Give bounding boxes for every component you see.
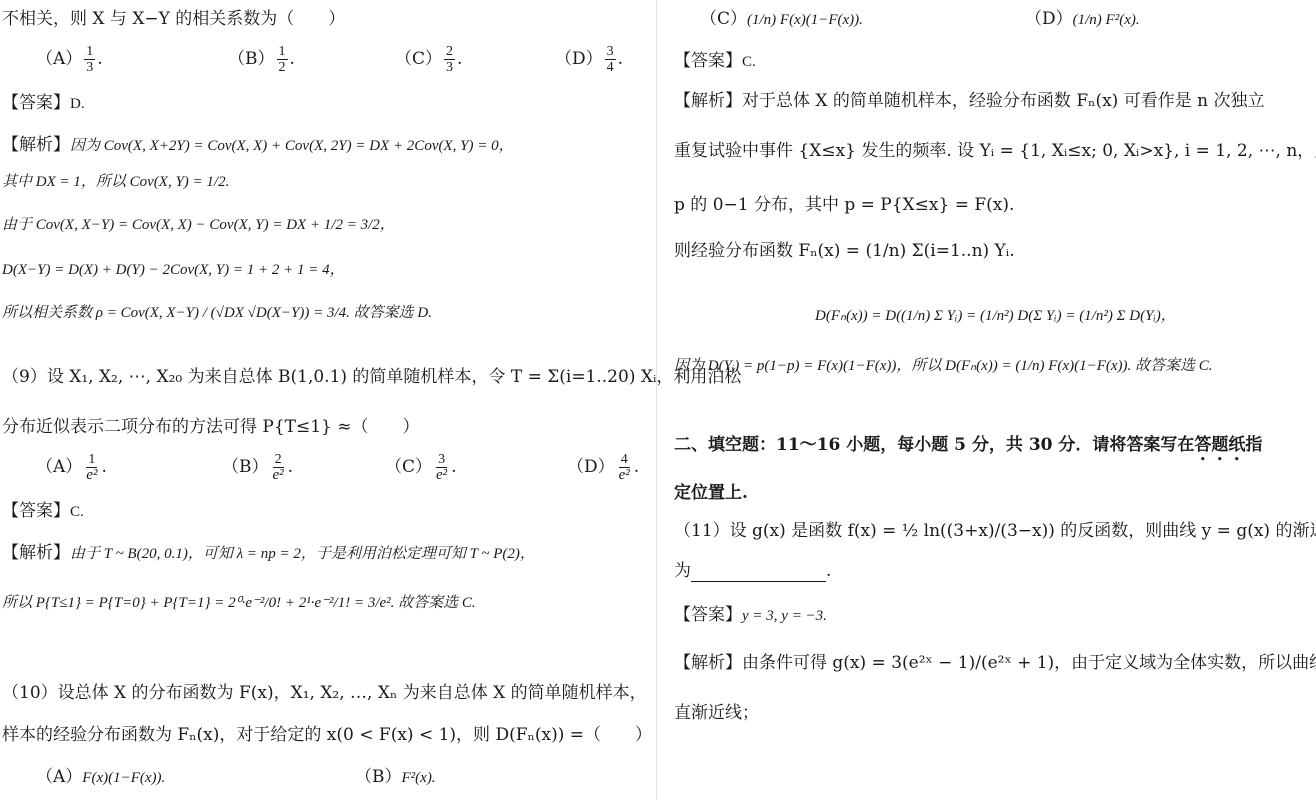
column-divider (656, 0, 657, 800)
q10-analysis-line-1: 【解析】对于总体 X 的简单随机样本，经验分布函数 Fₙ(x) 可看作是 n 次… (674, 90, 1264, 112)
q8-option-d: （D）34. (555, 44, 623, 75)
left-column: 不相关，则 X 与 X−Y 的相关系数为（ ） （A）13. （B）12. （C… (0, 0, 655, 800)
q10-analysis-line-2: 重复试验中事件 {X≤x} 发生的频率. 设 Yᵢ = {1, Xᵢ≤x; 0,… (674, 140, 1316, 162)
q9-analysis-line-1: 【解析】由于 T ~ B(20, 0.1)，可知 λ = np = 2，于是利用… (2, 542, 535, 565)
q11-stem-line-1: （11）设 g(x) 是函数 f(x) = ½ ln((3+x)/(3−x)) … (674, 520, 1316, 542)
q10-option-c: （C）(1/n) F(x)(1−F(x)). (700, 8, 863, 31)
q10-analysis-line-6: 因为 D(Yᵢ) = p(1−p) = F(x)(1−F(x))，所以 D(Fₙ… (674, 354, 1213, 377)
q10-analysis-line-5: D(Fₙ(x)) = D((1/n) Σ Yᵢ) = (1/n²) D(Σ Yᵢ… (815, 304, 1176, 327)
q11-answer-blank (691, 565, 826, 582)
q8-analysis-line-5: 所以相关系数 ρ = Cov(X, X−Y) / (√DX √D(X−Y)) =… (2, 300, 432, 324)
q8-option-c: （C）23. (395, 44, 462, 75)
q10-analysis-line-3: p 的 0−1 分布，其中 p = P{X≤x} = F(x). (674, 194, 1014, 216)
section2-title-line-2: 定位置上. (674, 482, 748, 504)
q10-analysis-line-4: 则经验分布函数 Fₙ(x) = (1/n) Σ(i=1..n) Yᵢ. (674, 240, 1015, 262)
q8-analysis-line-3: 由于 Cov(X, X−Y) = Cov(X, X) − Cov(X, Y) =… (2, 212, 395, 236)
q8-option-b: （B）12. (228, 44, 295, 75)
q9-option-b: （B）2e². (222, 452, 293, 483)
q9-answer: 【答案】C. (2, 500, 84, 523)
q8-answer: 【答案】D. (2, 92, 85, 115)
q10-stem-line-1: （10）设总体 X 的分布函数为 F(x)，X₁, X₂, …, Xₙ 为来自总… (2, 682, 647, 704)
right-column: （C）(1/n) F(x)(1−F(x)). （D）(1/n) F²(x). 【… (660, 0, 1316, 800)
q8-analysis-line-4: D(X−Y) = D(X) + D(Y) − 2Cov(X, Y) = 1 + … (2, 258, 345, 281)
q11-analysis-line-1: 【解析】由条件可得 g(x) = 3(e²ˣ − 1)/(e²ˣ + 1)，由于… (674, 652, 1316, 674)
q9-option-d: （D）4e². (567, 452, 639, 483)
q9-analysis-line-2: 所以 P{T≤1} = P{T=0} + P{T=1} = 2⁰·e⁻²/0! … (2, 590, 476, 614)
q9-option-c: （C）3e². (385, 452, 457, 483)
q10-stem-line-2: 样本的经验分布函数为 Fₙ(x)，对于给定的 x(0 < F(x) < 1)，则… (2, 724, 652, 746)
q8-stem: 不相关，则 X 与 X−Y 的相关系数为（ ） (2, 8, 345, 30)
q8-analysis-line-1: 【解析】因为 Cov(X, X+2Y) = Cov(X, X) + Cov(X,… (2, 134, 514, 157)
q10-answer: 【答案】C. (674, 50, 756, 73)
q11-analysis-line-2: 直渐近线； (674, 702, 759, 724)
q10-option-a: （A）F(x)(1−F(x)). (36, 766, 165, 789)
q8-option-a: （A）13. (36, 44, 103, 75)
section2-title-line-1: 二、填空题：11～16 小题，每小题 5 分，共 30 分．请将答案写在答题纸指 (674, 434, 1262, 465)
q10-option-b: （B）F²(x). (355, 766, 436, 789)
q10-option-d: （D）(1/n) F²(x). (1025, 8, 1140, 31)
q9-stem-line-2: 分布近似表示二项分布的方法可得 P{T≤1} ≈（ ） (2, 416, 420, 438)
q11-answer: 【答案】y = 3, y = −3. (674, 604, 827, 627)
q9-stem-line-1: （9）设 X₁, X₂, ⋯, X₂₀ 为来自总体 B(1,0.1) 的简单随机… (2, 366, 741, 388)
q9-option-a: （A）1e². (36, 452, 107, 483)
q8-analysis-line-2: 其中 DX = 1，所以 Cov(X, Y) = 1/2. (2, 170, 229, 193)
q11-stem-line-2: 为. (674, 560, 831, 582)
